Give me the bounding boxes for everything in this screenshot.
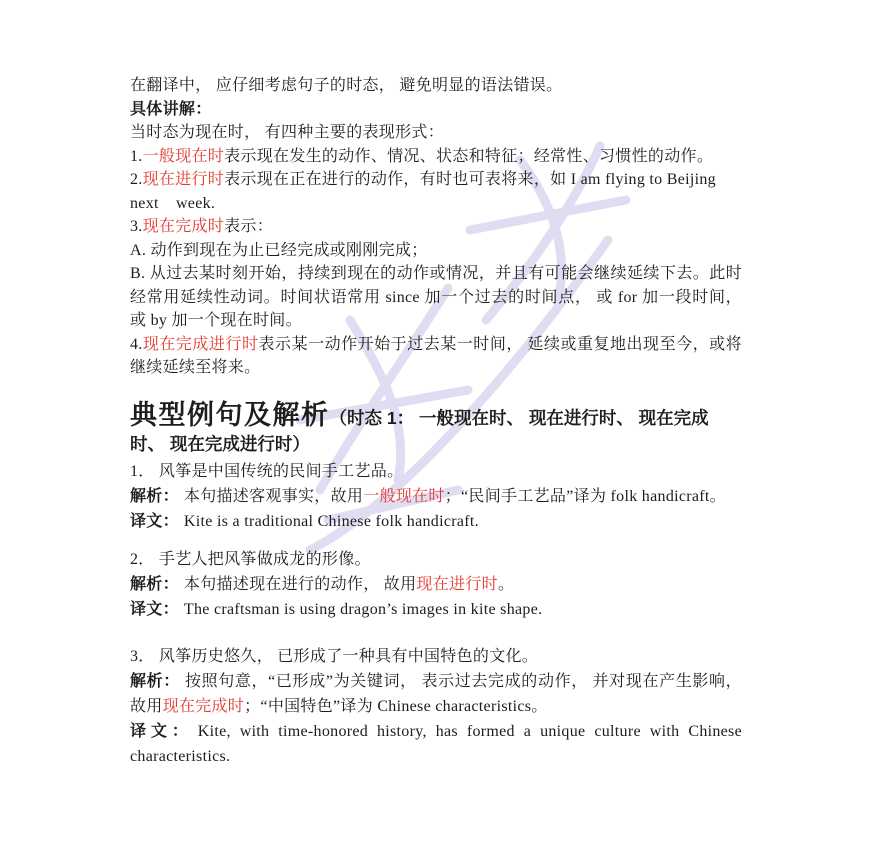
tense-item-4-num: 4.	[130, 336, 143, 353]
intro-line-1: 在翻译中， 应仔细考虑句子的时态， 避免明显的语法错误。	[130, 74, 742, 98]
example-block-2: 2． 手艺人把风筝做成龙的形像。 解析：本句描述现在进行的动作， 故用现在进行时…	[130, 547, 742, 622]
document-page: 在翻译中， 应仔细考虑句子的时态， 避免明显的语法错误。 具体讲解： 当时态为现…	[0, 0, 870, 842]
document-content: 在翻译中， 应仔细考虑句子的时态， 避免明显的语法错误。 具体讲解： 当时态为现…	[130, 74, 742, 769]
translation-label: 译文：	[130, 723, 193, 740]
tense-term-present-continuous: 现在进行时	[143, 171, 225, 188]
tense-term-present-perfect: 现在完成时	[143, 218, 225, 235]
tense-item-2-num: 2.	[130, 171, 143, 188]
example-2-analysis: 解析：本句描述现在进行的动作， 故用现在进行时。	[130, 572, 742, 597]
tense-item-3-num: 3.	[130, 218, 143, 235]
tense-item-4: 4.现在完成进行时表示某一动作开始于过去某一时间， 延续或重复地出现至今，或将继…	[130, 333, 742, 380]
tense-item-2-text-line2: next week.	[130, 195, 215, 212]
example-2-sentence: 2． 手艺人把风筝做成龙的形像。	[130, 547, 742, 572]
analysis-label: 解析：	[130, 576, 179, 593]
section-label-explain: 具体讲解：	[130, 98, 742, 122]
example-2-translation: 译文：The craftsman is using dragon’s image…	[130, 597, 742, 622]
intro-line-2: 当时态为现在时， 有四种主要的表现形式：	[130, 121, 742, 145]
example-3-tense-term: 现在完成时	[163, 698, 245, 715]
example-2-analysis-post: 。	[498, 576, 514, 593]
translation-label: 译文：	[130, 513, 179, 530]
example-2-analysis-pre: 本句描述现在进行的动作， 故用	[184, 576, 417, 593]
tense-item-1-num: 1.	[130, 148, 143, 165]
tense-item-1: 1.一般现在时表示现在发生的动作、情况、状态和特征；经常性、习惯性的动作。	[130, 145, 742, 169]
example-1-tense-term: 一般现在时	[363, 488, 445, 505]
example-1-analysis-pre: 本句描述客观事实，故用	[184, 488, 363, 505]
example-1-translation: 译文：Kite is a traditional Chinese folk ha…	[130, 509, 742, 534]
example-1-analysis-post: ；“民间手工艺品”译为 folk handicraft。	[445, 488, 726, 505]
translation-label: 译文：	[130, 601, 179, 618]
example-2-translation-text: The craftsman is using dragon’s images i…	[184, 601, 543, 618]
example-2-tense-term: 现在进行时	[416, 576, 498, 593]
example-1-translation-text: Kite is a traditional Chinese folk handi…	[184, 513, 479, 530]
analysis-label: 解析：	[130, 488, 179, 505]
section-heading: 典型例句及解析（时态 1： 一般现在时、 现在进行时、 现在完成时、 现在完成进…	[130, 399, 742, 457]
tense-item-3-text: 表示：	[224, 218, 273, 235]
tense-item-2-text: 表示现在正在进行的动作，有时也可表将来，如 I am flying to Bei…	[224, 171, 716, 188]
example-block-3: 3． 风筝历史悠久， 已形成了一种具有中国特色的文化。 解析：按照句意，“已形成…	[130, 644, 742, 769]
example-3-translation-text: Kite, with time-honored history, has for…	[130, 723, 742, 765]
example-3-analysis-post: ；“中国特色”译为 Chinese characteristics。	[244, 698, 547, 715]
example-1-sentence: 1． 风筝是中国传统的民间手工艺品。	[130, 459, 742, 484]
example-3-sentence: 3． 风筝历史悠久， 已形成了一种具有中国特色的文化。	[130, 644, 742, 669]
example-3-analysis: 解析：按照句意，“已形成”为关键词， 表示过去完成的动作， 并对现在产生影响， …	[130, 669, 742, 719]
tense-item-3-sub-b: B. 从过去某时刻开始，持续到现在的动作或情况，并且有可能会继续延续下去。此时经…	[130, 262, 742, 333]
tense-item-3: 3.现在完成时表示：	[130, 215, 742, 239]
tense-item-2: 2.现在进行时表示现在正在进行的动作，有时也可表将来，如 I am flying…	[130, 168, 742, 215]
example-block-1: 1． 风筝是中国传统的民间手工艺品。 解析：本句描述客观事实，故用一般现在时；“…	[130, 459, 742, 534]
tense-term-present-perfect-continuous: 现在完成进行时	[143, 336, 259, 353]
example-3-translation: 译文：Kite, with time-honored history, has …	[130, 719, 742, 769]
section-heading-title: 典型例句及解析	[130, 400, 330, 430]
tense-item-1-text: 表示现在发生的动作、情况、状态和特征；经常性、习惯性的动作。	[224, 148, 713, 165]
tense-item-3-sub-a: A. 动作到现在为止已经完成或刚刚完成；	[130, 239, 742, 263]
tense-term-simple-present: 一般现在时	[143, 148, 225, 165]
example-1-analysis: 解析：本句描述客观事实，故用一般现在时；“民间手工艺品”译为 folk hand…	[130, 484, 742, 509]
analysis-label: 解析：	[130, 673, 180, 690]
